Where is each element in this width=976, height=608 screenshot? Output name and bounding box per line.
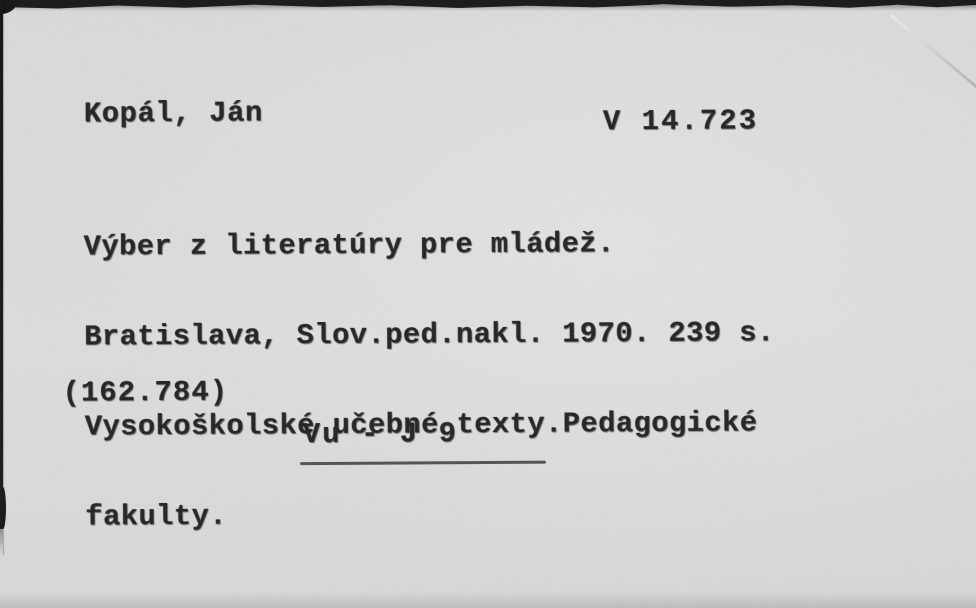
body-line: fakulty. xyxy=(85,498,776,532)
scan-corner-top-left xyxy=(0,0,30,24)
body-line: Výber z literatúry pre mládež. xyxy=(84,228,775,262)
call-number: V 14.723 xyxy=(603,104,758,138)
scan-bottom-shadow xyxy=(0,592,976,608)
scan-edge-top-shadow xyxy=(0,5,976,11)
body-line: Bratislava, Slov.ped.nakl. 1970. 239 s. xyxy=(84,318,775,352)
author-heading: Kopál, Ján xyxy=(84,96,263,130)
shelf-mark: Vu - J 9 xyxy=(303,417,458,451)
catalog-card-scan: Kopál, Ján V 14.723 Výber z literatúry p… xyxy=(0,0,976,608)
udc-number: (162.784) xyxy=(62,376,228,410)
scan-edge-left xyxy=(0,0,3,555)
typewritten-text-layer: Kopál, Ján V 14.723 Výber z literatúry p… xyxy=(0,0,976,608)
scan-edge-left-blob xyxy=(0,487,6,529)
